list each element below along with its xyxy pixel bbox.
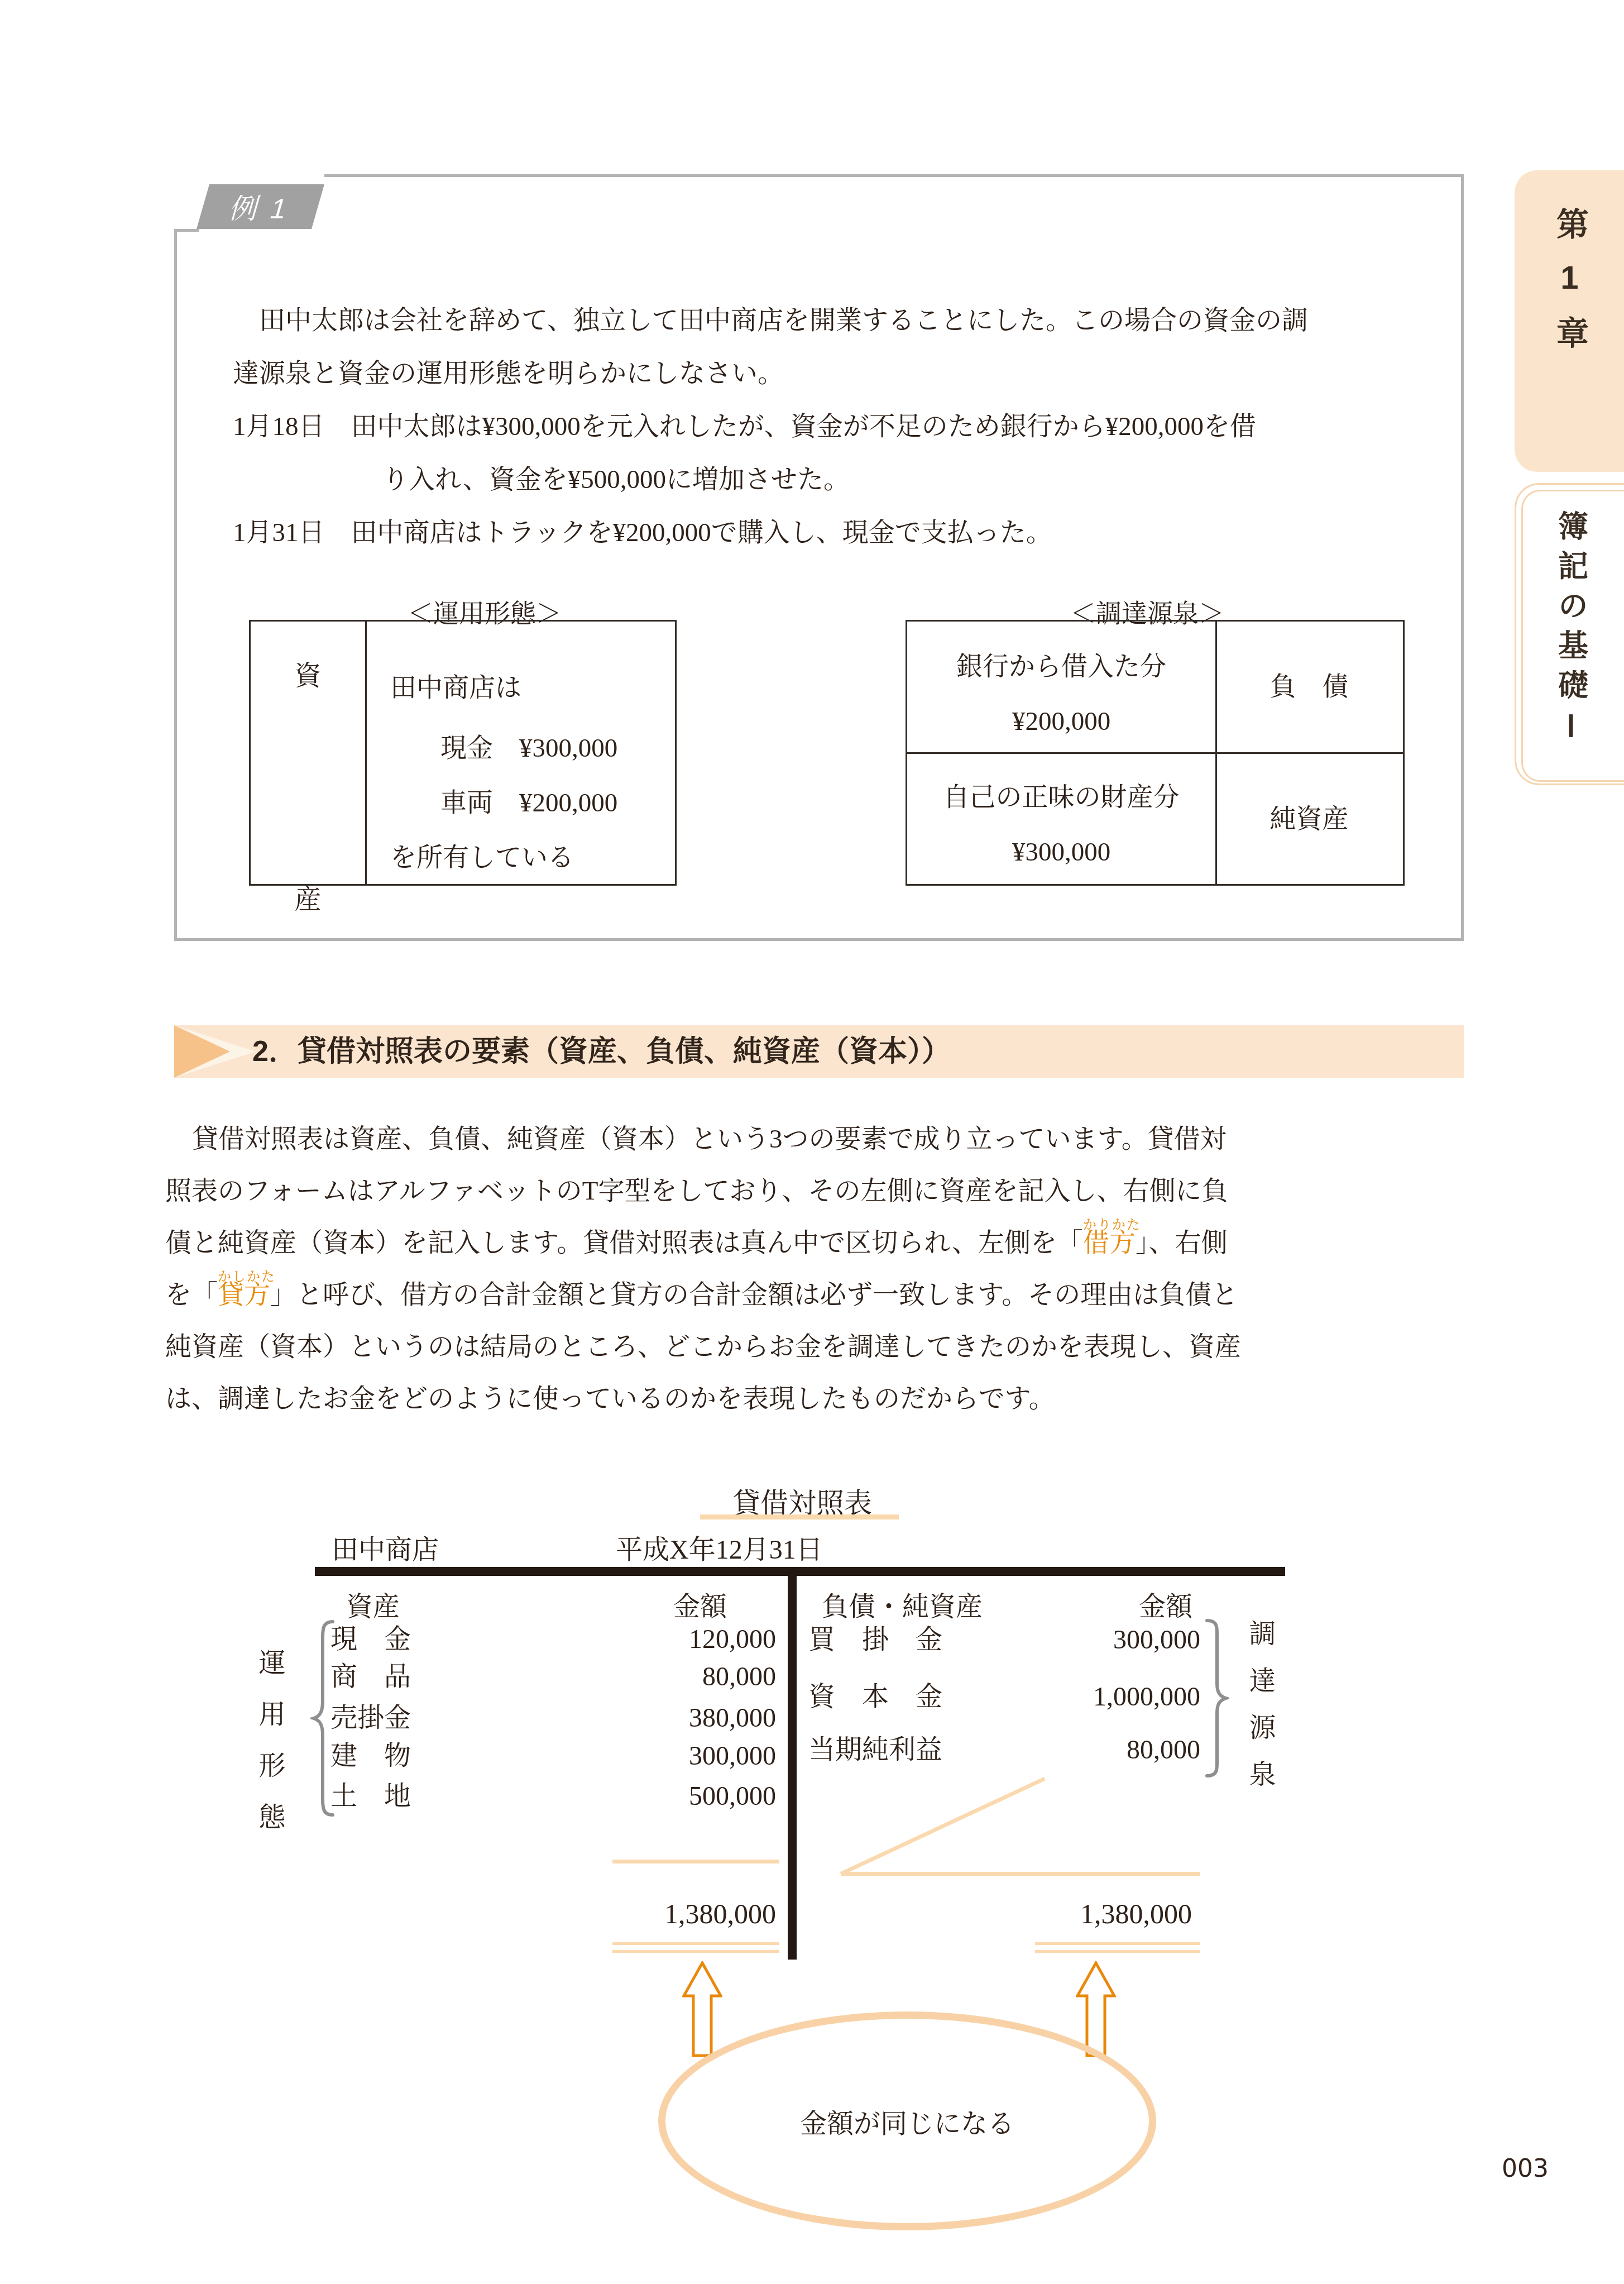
usage-table-side-label: 資 産 [251, 622, 365, 949]
bs-right-annotation: 調達源泉 [1240, 1619, 1279, 1807]
example-tag: 例 1 [197, 184, 324, 229]
side-char-asset-bottom: 産 [294, 878, 321, 916]
term-kari-kata: かりかた借方 [1083, 1226, 1136, 1260]
paragraph-line-3: 債と純資産（資本）を記入します。貸借対照表は真ん中で区切られ、左側を「かりかた借… [165, 1226, 1228, 1260]
paragraph-line-5: 純資産（資本）というのは結局のところ、どこからお金を調達してきたのかを表現し、資… [165, 1330, 1241, 1364]
ruby-karikata: かりかた [1083, 1208, 1136, 1242]
bs-left-header-account: 資産 [346, 1592, 400, 1623]
bs-account: 資 本 金 [808, 1681, 942, 1713]
bs-amount: 300,000 [609, 1741, 776, 1771]
example-box-border-top [324, 174, 1464, 177]
bs-company: 田中商店 [332, 1535, 439, 1566]
bs-amount: 120,000 [609, 1624, 776, 1655]
bs-left-total: 1,380,000 [636, 1898, 776, 1930]
example-line-2: 達源泉と資金の運用形態を明らかにしなさい。 [233, 357, 784, 390]
bs-amount: 80,000 [1016, 1734, 1200, 1765]
example-box-border-right [1461, 174, 1464, 941]
bs-account: 買 掛 金 [808, 1624, 942, 1656]
paragraph-l3-post: 」、右側 [1136, 1229, 1228, 1258]
bs-right-total-double-rule-1 [1035, 1942, 1200, 1945]
paragraph-line-1: 貸借対照表は資産、負債、純資産（資本）という3つの要素で成り立っています。貸借対 [165, 1122, 1227, 1156]
bs-account: 売掛金 [330, 1703, 411, 1734]
bs-account: 現 金 [330, 1624, 411, 1655]
page-number: 003 [1502, 2154, 1549, 2183]
example-line-3: 1月18日 田中太郎は¥300,000を元入れしたが、資金が不足のため銀行から¥… [233, 410, 1256, 443]
source-row2-category: 純資産 [1215, 754, 1403, 884]
bs-right-total-double-rule-2 [1035, 1950, 1200, 1953]
bs-left-total-double-rule-2 [612, 1950, 779, 1953]
bs-amount: 380,000 [609, 1703, 776, 1733]
right-curly-brace [1205, 1617, 1229, 1779]
example-box-border-left [174, 229, 177, 941]
bs-left-subtotal-rule [612, 1860, 779, 1863]
bs-center-rule [788, 1567, 797, 1960]
bs-left-annotation: 運用形態 [250, 1649, 289, 1854]
bs-diagonal-strike [840, 1777, 1046, 1876]
source-row2-amount: ¥300,000 [907, 836, 1215, 868]
left-curly-brace [310, 1618, 335, 1818]
source-row1-amount: ¥200,000 [907, 705, 1215, 738]
paragraph-l3-pre: 債と純資産（資本）を記入します。貸借対照表は真ん中で区切られ、左側を「 [165, 1229, 1083, 1258]
example-line-1: 田中太郎は会社を辞めて、独立して田中商店を開業することにした。この場合の資金の調 [233, 304, 1308, 337]
usage-line-3: 車両 ¥200,000 [440, 787, 617, 819]
bs-right-total: 1,380,000 [1052, 1898, 1192, 1930]
sidebar-section-tab: 簿記の基礎Ⅰ [1515, 483, 1624, 785]
source-row2-label: 自己の正味の財産分 [907, 781, 1215, 814]
bs-account: 土 地 [330, 1781, 411, 1812]
bs-amount: 500,000 [609, 1781, 776, 1812]
bs-amount: 80,000 [609, 1661, 776, 1692]
bs-amount: 300,000 [1016, 1624, 1200, 1655]
usage-line-4: を所有している [390, 842, 574, 874]
usage-line-1: 田中商店は [390, 672, 521, 704]
bs-callout-ellipse: 金額が同じになる [658, 2011, 1156, 2230]
paragraph-l4-post: 」と呼び、借方の合計金額と貸方の合計金額は必ず一致します。その理由は負債と [270, 1280, 1238, 1310]
textbook-page: 第1章 簿記の基礎Ⅰ 例 1 田中太郎は会社を辞めて、独立して田中商店を開業する… [0, 0, 1624, 2284]
example-line-5: 1月31日 田中商店はトラックを¥200,000で購入し、現金で支払った。 [233, 517, 1052, 549]
usage-line-2: 現金 ¥300,000 [440, 732, 617, 764]
bs-account: 商 品 [330, 1661, 411, 1693]
bs-top-rule [315, 1567, 1285, 1576]
chapter-label: 第1章 [1546, 170, 1593, 472]
example-box-border-bottom [174, 938, 1464, 941]
source-table: 銀行から借入た分 ¥200,000 負 債 自己の正味の財産分 ¥300,000… [906, 620, 1405, 886]
paragraph-l4-pre: を「 [165, 1280, 218, 1310]
source-row1-category: 負 債 [1215, 622, 1403, 752]
example-box-border-step [174, 229, 199, 232]
bs-callout-text: 金額が同じになる [800, 2102, 1014, 2140]
usage-table-divider [365, 622, 367, 884]
ruby-kashikata: かしかた [218, 1260, 270, 1294]
usage-table: 資 産 田中商店は 現金 ¥300,000 車両 ¥200,000 を所有してい… [249, 620, 677, 886]
bs-date: 平成X年12月31日 [616, 1535, 823, 1566]
bs-right-header-account: 負債・純資産 [822, 1592, 983, 1623]
section-label: 簿記の基礎Ⅰ [1550, 485, 1593, 783]
paragraph-line-6: は、調達したお金をどのように使っているのかを表現したものだからです。 [165, 1382, 1055, 1416]
bs-title-underline [700, 1514, 899, 1520]
source-row1-label: 銀行から借入た分 [907, 651, 1215, 683]
section-heading-title: 2．貸借対照表の要素（資産、負債、純資産（資本）） [252, 1025, 951, 1078]
side-char-asset-top: 資 [294, 654, 321, 692]
paragraph-line-4: を「かしかた貸方」と呼び、借方の合計金額と貸方の合計金額は必ず一致します。その理… [165, 1278, 1238, 1312]
bs-left-total-double-rule-1 [612, 1942, 779, 1945]
bs-account: 当期純利益 [808, 1734, 942, 1766]
bs-right-subtotal-rule [841, 1872, 1200, 1876]
bs-account: 建 物 [330, 1741, 411, 1772]
up-arrow-icon [682, 1961, 722, 2057]
example-tag-label: 例 1 [226, 187, 295, 227]
paragraph-line-2: 照表のフォームはアルファベットのT字型をしており、その左側に資産を記入し、右側に… [165, 1174, 1228, 1208]
bs-amount: 1,000,000 [1016, 1681, 1200, 1712]
term-kashi-kata: かしかた貸方 [218, 1278, 270, 1312]
section-heading-band: 2．貸借対照表の要素（資産、負債、純資産（資本）） [174, 1025, 1464, 1078]
example-line-4: り入れ、資金を¥500,000に増加させた。 [382, 464, 850, 496]
sidebar-chapter-tab: 第1章 [1515, 170, 1624, 472]
bs-right-header-amount: 金額 [1139, 1592, 1192, 1623]
bs-left-header-amount: 金額 [673, 1592, 727, 1623]
